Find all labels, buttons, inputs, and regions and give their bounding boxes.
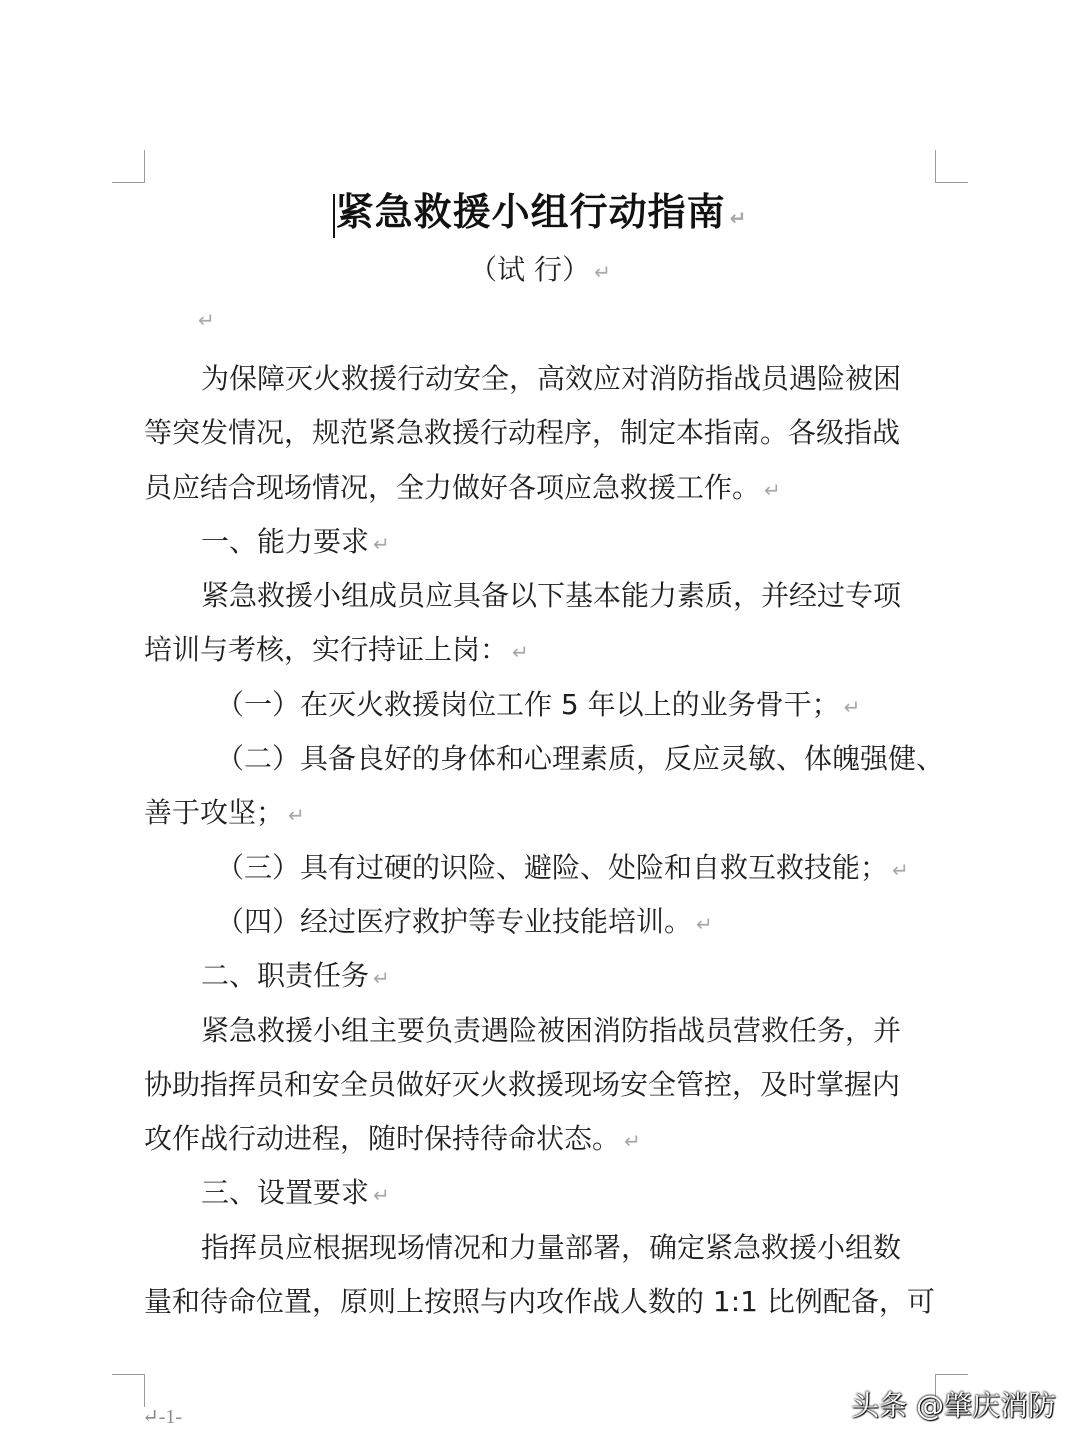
empty-paragraph[interactable]: ↵ <box>198 308 215 332</box>
page-number: ↵-1- <box>142 1404 182 1429</box>
line-text: 二、职责任务 <box>201 959 369 992</box>
line-text: 攻作战行动进程，随时保持待命状态。 <box>144 1122 620 1155</box>
line-text: 善于攻坚； <box>144 796 284 829</box>
paragraph-mark-icon: ↵ <box>696 912 713 936</box>
text-line[interactable]: 为保障灭火救援行动安全，高效应对消防指战员遇险被困 <box>144 352 936 406</box>
line-text: （三）具有过硬的识险、避险、处险和自救互救技能； <box>216 851 888 884</box>
text-line[interactable]: 善于攻坚；↵ <box>144 786 936 840</box>
paragraph-mark-icon: ↵ <box>512 640 529 664</box>
text-line[interactable]: 一、能力要求↵ <box>144 515 936 569</box>
text-line[interactable]: （二）具备良好的身体和心理素质，反应灵敏、体魄强健、 <box>144 732 936 786</box>
paragraph-mark-icon: ↵ <box>288 803 305 827</box>
line-text: 等突发情况，规范紧急救援行动程序，制定本指南。各级指战 <box>144 416 900 449</box>
paragraph-mark-icon: ↵ <box>373 532 390 556</box>
paragraph-mark-icon: ↵ <box>892 858 909 882</box>
document-title-block[interactable]: 紧急救援小组行动指南↵ <box>0 186 1080 244</box>
line-text: 为保障灭火救援行动安全，高效应对消防指战员遇险被困 <box>201 362 901 395</box>
document-title: 紧急救援小组行动指南 <box>336 189 726 234</box>
line-text: 量和待命位置，原则上按照与内攻作战人数的 1:1 比例配备，可 <box>144 1285 935 1318</box>
line-text: 培训与考核，实行持证上岗： <box>144 633 508 666</box>
document-subtitle-block[interactable]: （试 行）↵ <box>0 250 1080 292</box>
paragraph-mark-icon: ↵ <box>373 1183 390 1207</box>
text-line[interactable]: 量和待命位置，原则上按照与内攻作战人数的 1:1 比例配备，可 <box>144 1275 936 1329</box>
line-text: （四）经过医疗救护等专业技能培训。 <box>216 905 692 938</box>
line-text: 三、设置要求 <box>201 1176 369 1209</box>
line-text: 员应结合现场情况，全力做好各项应急救援工作。 <box>144 471 760 504</box>
text-line[interactable]: 员应结合现场情况，全力做好各项应急救援工作。↵ <box>144 461 936 515</box>
paragraph-mark-icon: ↵ <box>594 260 611 284</box>
paragraph-mark-icon: ↵ <box>373 966 390 990</box>
document-page[interactable]: 紧急救援小组行动指南↵ （试 行）↵ ↵ 为保障灭火救援行动安全，高效应对消防指… <box>0 0 1080 1441</box>
text-cursor <box>333 194 335 238</box>
text-line[interactable]: 二、职责任务↵ <box>144 949 936 1003</box>
text-line[interactable]: 三、设置要求↵ <box>144 1166 936 1220</box>
text-line[interactable]: 紧急救援小组主要负责遇险被困消防指战员营救任务，并 <box>144 1004 936 1058</box>
paragraph-mark-icon: ↵ <box>198 308 215 332</box>
text-line[interactable]: 培训与考核，实行持证上岗：↵ <box>144 623 936 677</box>
text-line[interactable]: 协助指挥员和安全员做好灭火救援现场安全管控，及时掌握内 <box>144 1058 936 1112</box>
crop-mark-top-left <box>112 150 145 183</box>
line-text: （一）在灭火救援岗位工作 5 年以上的业务骨干； <box>216 688 840 721</box>
text-line[interactable]: 紧急救援小组成员应具备以下基本能力素质，并经过专项 <box>144 569 936 623</box>
text-line[interactable]: （四）经过医疗救护等专业技能培训。↵ <box>144 895 936 949</box>
line-text: 紧急救援小组主要负责遇险被困消防指战员营救任务，并 <box>201 1014 901 1047</box>
line-text: 指挥员应根据现场情况和力量部署，确定紧急救援小组数 <box>201 1231 901 1264</box>
crop-mark-top-right <box>935 150 968 183</box>
text-line[interactable]: 指挥员应根据现场情况和力量部署，确定紧急救援小组数 <box>144 1221 936 1275</box>
document-subtitle: （试 行） <box>469 253 590 286</box>
text-line[interactable]: 攻作战行动进程，随时保持待命状态。↵ <box>144 1112 936 1166</box>
paragraph-mark-icon: ↵ <box>730 206 748 230</box>
text-line[interactable]: 等突发情况，规范紧急救援行动程序，制定本指南。各级指战 <box>144 406 936 460</box>
document-body[interactable]: 为保障灭火救援行动安全，高效应对消防指战员遇险被困等突发情况，规范紧急救援行动程… <box>144 352 936 1329</box>
paragraph-mark-icon: ↵ <box>624 1129 641 1153</box>
line-text: 紧急救援小组成员应具备以下基本能力素质，并经过专项 <box>201 579 901 612</box>
paragraph-mark-icon: ↵ <box>844 695 861 719</box>
paragraph-mark-icon: ↵ <box>764 478 781 502</box>
crop-mark-bottom-left <box>112 1374 145 1407</box>
line-text: （二）具备良好的身体和心理素质，反应灵敏、体魄强健、 <box>216 742 944 775</box>
text-line[interactable]: （一）在灭火救援岗位工作 5 年以上的业务骨干；↵ <box>144 678 936 732</box>
watermark: 头条 @肇庆消防 <box>851 1384 1056 1424</box>
text-line[interactable]: （三）具有过硬的识险、避险、处险和自救互救技能；↵ <box>144 841 936 895</box>
line-text: 协助指挥员和安全员做好灭火救援现场安全管控，及时掌握内 <box>144 1068 900 1101</box>
line-text: 一、能力要求 <box>201 525 369 558</box>
